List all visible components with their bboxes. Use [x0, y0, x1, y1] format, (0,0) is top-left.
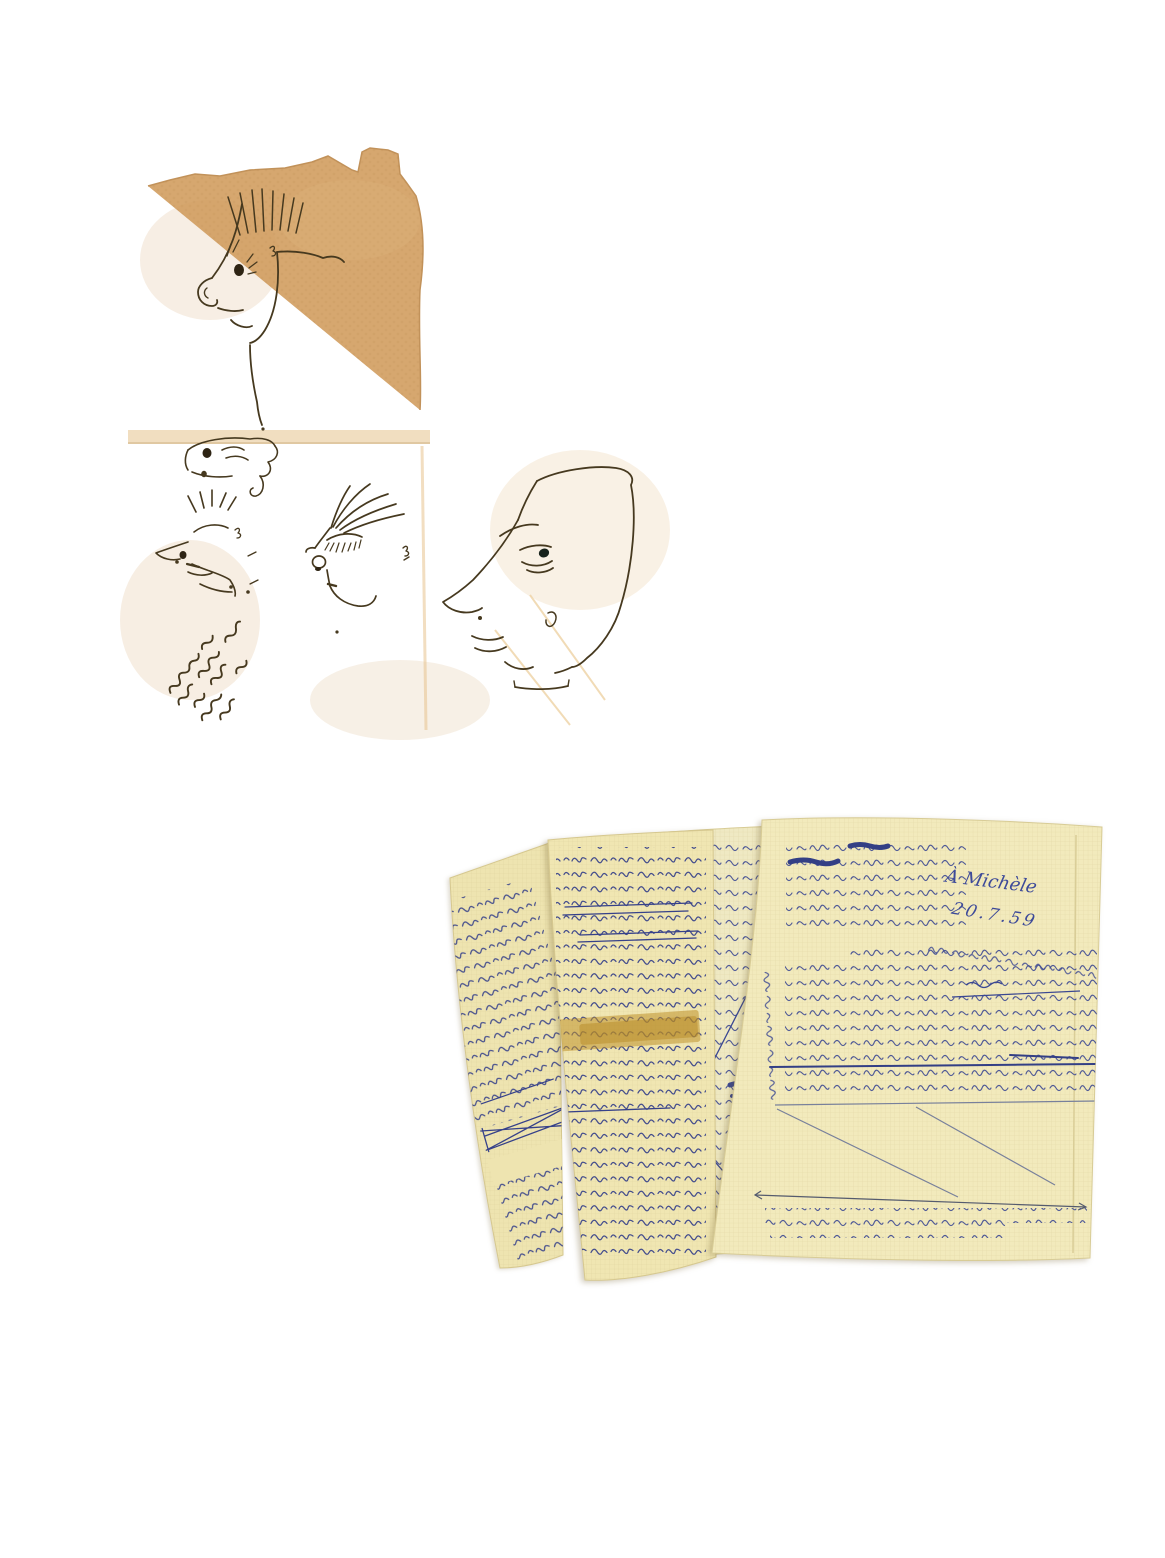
scanned-documents-page: À Michèle 20.7.59 — [0, 0, 1165, 1558]
sketch-closed-eye-profile — [306, 484, 409, 634]
letter-pages-figure — [430, 795, 1130, 1305]
napkin-paper — [120, 148, 670, 740]
closing-line — [770, 1223, 1005, 1238]
paragraph-block — [785, 961, 1097, 1098]
letter-page-4 — [712, 818, 1102, 1261]
sketch-reclining-head — [185, 438, 277, 496]
napkin-sketch-figure — [100, 140, 700, 760]
closing-line — [765, 1208, 1087, 1223]
letter-page-2 — [542, 830, 716, 1280]
letter-pages-svg — [430, 795, 1130, 1305]
paragraph-first-line — [850, 947, 1097, 961]
napkin-sketch-svg — [100, 140, 700, 760]
letter-page-2-writing — [542, 847, 706, 1259]
opening-lines — [786, 839, 966, 931]
napkin-scratches — [495, 595, 605, 725]
scribbled-out-word — [850, 845, 888, 848]
